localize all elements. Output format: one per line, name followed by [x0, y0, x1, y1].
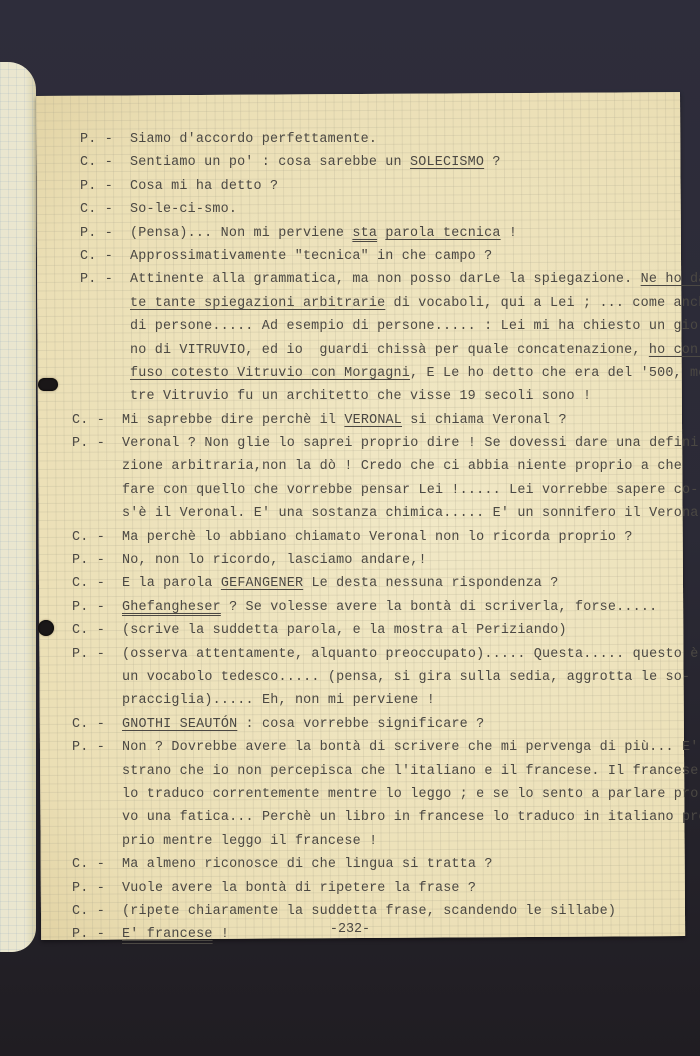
text-line: GNOTHI SEAUTÓN : cosa vorrebbe significa… — [122, 713, 680, 736]
dialogue-text: (scrive la suddetta parola, e la mostra … — [122, 619, 680, 642]
text-line: Approssimativamente "tecnica" in che cam… — [130, 245, 680, 268]
text-segment: pracciglia)..... Eh, non mi perviene ! — [122, 693, 435, 708]
text-line: So-le-ci-smo. — [130, 198, 680, 221]
previous-page-edge — [0, 62, 36, 952]
speaker-label: C. - — [72, 572, 122, 595]
dialogue-text: Mi saprebbe dire perchè il VERONAL si ch… — [122, 409, 680, 432]
underlined-term: Ne ho da- — [641, 272, 700, 287]
dialogue-text: Siamo d'accordo perfettamente. — [130, 128, 680, 151]
dialogue-text: E la parola GEFANGENER Le desta nessuna … — [122, 572, 680, 595]
dialogue-text: Attinente alla grammatica, ma non posso … — [130, 268, 700, 408]
dialogue-text: GNOTHI SEAUTÓN : cosa vorrebbe significa… — [122, 713, 680, 736]
dialogue-text: (ripete chiaramente la suddetta frase, s… — [122, 900, 680, 923]
dialogue-text: Approssimativamente "tecnica" in che cam… — [130, 245, 680, 268]
speaker-label: C. - — [80, 198, 130, 221]
text-segment: di persone..... Ad esempio di persone...… — [130, 319, 700, 334]
text-line: Sentiamo un po' : cosa sarebbe un SOLECI… — [130, 151, 680, 174]
text-segment: zione arbitraria,non la dò ! Credo che c… — [122, 459, 682, 474]
text-line: E la parola GEFANGENER Le desta nessuna … — [122, 572, 680, 595]
dialogue-text: (Pensa)... Non mi perviene sta parola te… — [130, 222, 680, 245]
text-segment: So-le-ci-smo. — [130, 202, 237, 217]
dialogue-text: Vuole avere la bontà di ripetere la fras… — [122, 877, 680, 900]
text-line: Ma perchè lo abbiano chiamato Veronal no… — [122, 526, 680, 549]
text-segment: Le desta nessuna rispondenza ? — [303, 576, 558, 591]
text-segment: s'è il Veronal. E' una sostanza chimica.… — [122, 506, 700, 521]
dialogue-entry: C. -(ripete chiaramente la suddetta fras… — [72, 900, 680, 923]
dialogue-entry: C. -GNOTHI SEAUTÓN : cosa vorrebbe signi… — [72, 713, 680, 736]
dialogue-text: So-le-ci-smo. — [130, 198, 680, 221]
dialogue-entry: C. -Approssimativamente "tecnica" in che… — [80, 245, 680, 268]
dialogue-text: Ma almeno riconosce di che lingua si tra… — [122, 853, 680, 876]
text-line: un vocabolo tedesco..... (pensa, si gira… — [122, 666, 699, 689]
dialogue-text: Ma perchè lo abbiano chiamato Veronal no… — [122, 526, 680, 549]
text-segment: no di VITRUVIO, ed io guardi chissà per … — [130, 343, 649, 358]
dialogue-entry: P. -Ghefangheser ? Se volesse avere la b… — [72, 596, 680, 619]
dialogue-text: Veronal ? Non glie lo saprei proprio dir… — [122, 432, 700, 526]
dialogue-text: (osserva attentamente, alquanto preoccup… — [122, 643, 699, 713]
underlined-term: te tante spiegazioni arbitrarie — [130, 296, 385, 311]
text-segment: un vocabolo tedesco..... (pensa, si gira… — [122, 670, 690, 685]
text-line: prio mentre leggo il francese ! — [122, 830, 700, 853]
dialogue-text: No, non lo ricordo, lasciamo andare,! — [122, 549, 680, 572]
text-segment: Approssimativamente "tecnica" in che cam… — [130, 249, 492, 264]
speaker-label: P. - — [72, 432, 122, 455]
text-segment: Sentiamo un po' : cosa sarebbe un — [130, 155, 410, 170]
dialogue-entry: P. -Non ? Dovrebbe avere la bontà di scr… — [72, 736, 680, 853]
text-line: Ghefangheser ? Se volesse avere la bontà… — [122, 596, 680, 619]
underlined-term: ho con- — [649, 343, 700, 358]
dialogue-entry: C. -So-le-ci-smo. — [80, 198, 680, 221]
dialogue-text: Sentiamo un po' : cosa sarebbe un SOLECI… — [130, 151, 680, 174]
underlined-term: GNOTHI SEAUTÓN — [122, 717, 237, 732]
text-line: Vuole avere la bontà di ripetere la fras… — [122, 877, 680, 900]
text-line: Non ? Dovrebbe avere la bontà di scriver… — [122, 736, 700, 759]
speaker-label: C. - — [80, 245, 130, 268]
text-line: (ripete chiaramente la suddetta frase, s… — [122, 900, 680, 923]
text-line: No, non lo ricordo, lasciamo andare,! — [122, 549, 680, 572]
underlined-term: parola tecnica — [385, 226, 500, 241]
speaker-label: C. - — [72, 526, 122, 549]
underlined-term: VERONAL — [344, 413, 402, 428]
speaker-label: C. - — [72, 619, 122, 642]
dialogue-entry: P. -Attinente alla grammatica, ma non po… — [80, 268, 680, 408]
speaker-label: P. - — [72, 596, 122, 619]
binder-hole-bottom — [38, 620, 54, 636]
dialogue-entry: P. -Siamo d'accordo perfettamente. — [80, 128, 680, 151]
text-segment: (Pensa)... Non mi perviene — [130, 226, 352, 241]
speaker-label: P. - — [80, 268, 130, 291]
dialogue-entry: C. -Ma perchè lo abbiano chiamato Verona… — [72, 526, 680, 549]
speaker-label: P. - — [80, 175, 130, 198]
text-segment: Vuole avere la bontà di ripetere la fras… — [122, 881, 476, 896]
text-segment: fare con quello che vorrebbe pensar Lei … — [122, 483, 699, 498]
dialogue-entry: P. -(Pensa)... Non mi perviene sta parol… — [80, 222, 680, 245]
text-line: (osserva attentamente, alquanto preoccup… — [122, 643, 699, 666]
dialogue-text: Ghefangheser ? Se volesse avere la bontà… — [122, 596, 680, 619]
text-segment: ! — [501, 226, 517, 241]
text-line: fuso cotesto Vitruvio con Morgagni, E Le… — [130, 362, 700, 385]
dialogue-text: Non ? Dovrebbe avere la bontà di scriver… — [122, 736, 700, 853]
text-line: fare con quello che vorrebbe pensar Lei … — [122, 479, 700, 502]
text-segment: Ma perchè lo abbiano chiamato Veronal no… — [122, 530, 633, 545]
text-segment: Cosa mi ha detto ? — [130, 179, 278, 194]
dialogue-entry: C. -Sentiamo un po' : cosa sarebbe un SO… — [80, 151, 680, 174]
speaker-label: P. - — [72, 643, 122, 666]
text-segment: No, non lo ricordo, lasciamo andare,! — [122, 553, 427, 568]
text-line: Cosa mi ha detto ? — [130, 175, 680, 198]
dialogue-entry: C. -E la parola GEFANGENER Le desta ness… — [72, 572, 680, 595]
text-segment: Attinente alla grammatica, ma non posso … — [130, 272, 641, 287]
binder-hole-top — [38, 378, 58, 391]
text-segment: si chiama Veronal ? — [402, 413, 567, 428]
text-line: strano che io non percepisca che l'itali… — [122, 760, 700, 783]
text-segment: Mi saprebbe dire perchè il — [122, 413, 344, 428]
dialogue-text: Cosa mi ha detto ? — [130, 175, 680, 198]
text-line: s'è il Veronal. E' una sostanza chimica.… — [122, 502, 700, 525]
underlined-term: SOLECISMO — [410, 155, 484, 170]
text-line: Siamo d'accordo perfettamente. — [130, 128, 680, 151]
speaker-label: C. - — [72, 900, 122, 923]
text-segment: (scrive la suddetta parola, e la mostra … — [122, 623, 567, 638]
text-line: pracciglia)..... Eh, non mi perviene ! — [122, 689, 699, 712]
text-line: Ma almeno riconosce di che lingua si tra… — [122, 853, 680, 876]
dialogue-entry: C. -Mi saprebbe dire perchè il VERONAL s… — [72, 409, 680, 432]
text-segment: strano che io non percepisca che l'itali… — [122, 764, 699, 779]
underlined-term: GEFANGENER — [221, 576, 303, 591]
dialogue-entry: P. -Cosa mi ha detto ? — [80, 175, 680, 198]
dialogue-entry: C. -(scrive la suddetta parola, e la mos… — [72, 619, 680, 642]
text-segment: Ma almeno riconosce di che lingua si tra… — [122, 857, 493, 872]
dialogue-entry: P. -(osserva attentamente, alquanto preo… — [72, 643, 680, 713]
text-segment: prio mentre leggo il francese ! — [122, 834, 377, 849]
dialogue-entry: P. -Vuole avere la bontà di ripetere la … — [72, 877, 680, 900]
text-line: lo traduco correntemente mentre lo leggo… — [122, 783, 700, 806]
speaker-label: P. - — [80, 222, 130, 245]
transcript-body: P. -Siamo d'accordo perfettamente.C. -Se… — [80, 128, 680, 947]
speaker-label: P. - — [72, 877, 122, 900]
text-segment: : cosa vorrebbe significare ? — [237, 717, 484, 732]
underlined-term: Ghefangheser — [122, 600, 221, 615]
text-segment: (ripete chiaramente la suddetta frase, s… — [122, 904, 616, 919]
text-segment: Non ? Dovrebbe avere la bontà di scriver… — [122, 740, 699, 755]
text-segment: lo traduco correntemente mentre lo leggo… — [122, 787, 700, 802]
page-number: -232- — [0, 922, 700, 937]
speaker-label: C. - — [80, 151, 130, 174]
text-segment: E la parola — [122, 576, 221, 591]
text-segment: (osserva attentamente, alquanto preoccup… — [122, 647, 699, 662]
text-line: no di VITRUVIO, ed io guardi chissà per … — [130, 339, 700, 362]
speaker-label: P. - — [72, 736, 122, 759]
text-line: di persone..... Ad esempio di persone...… — [130, 315, 700, 338]
text-segment: di vocaboli, qui a Lei ; ... come anche — [385, 296, 700, 311]
text-line: te tante spiegazioni arbitrarie di vocab… — [130, 292, 700, 315]
speaker-label: C. - — [72, 853, 122, 876]
dialogue-entry: C. -Ma almeno riconosce di che lingua si… — [72, 853, 680, 876]
text-segment: tre Vitruvio fu un architetto che visse … — [130, 389, 591, 404]
text-line: zione arbitraria,non la dò ! Credo che c… — [122, 455, 700, 478]
speaker-label: P. - — [72, 549, 122, 572]
text-line: vo una fatica... Perchè un libro in fran… — [122, 806, 700, 829]
speaker-label: C. - — [72, 409, 122, 432]
underlined-term: sta — [352, 226, 377, 241]
text-line: (Pensa)... Non mi perviene sta parola te… — [130, 222, 680, 245]
text-line: Veronal ? Non glie lo saprei proprio dir… — [122, 432, 700, 455]
dialogue-entry: P. -No, non lo ricordo, lasciamo andare,… — [72, 549, 680, 572]
text-segment: , E Le ho detto che era del '500, men- — [410, 366, 700, 381]
text-segment: Veronal ? Non glie lo saprei proprio dir… — [122, 436, 700, 451]
speaker-label: P. - — [80, 128, 130, 151]
text-segment: ? Se volesse avere la bontà di scriverla… — [221, 600, 658, 615]
text-segment: Siamo d'accordo perfettamente. — [130, 132, 377, 147]
text-line: tre Vitruvio fu un architetto che visse … — [130, 385, 700, 408]
text-segment: vo una fatica... Perchè un libro in fran… — [122, 810, 700, 825]
underlined-term: fuso cotesto Vitruvio con Morgagni — [130, 366, 410, 381]
text-line: Mi saprebbe dire perchè il VERONAL si ch… — [122, 409, 680, 432]
text-line: (scrive la suddetta parola, e la mostra … — [122, 619, 680, 642]
text-line: Attinente alla grammatica, ma non posso … — [130, 268, 700, 291]
speaker-label: C. - — [72, 713, 122, 736]
text-segment: ? — [484, 155, 500, 170]
dialogue-entry: P. -Veronal ? Non glie lo saprei proprio… — [72, 432, 680, 526]
